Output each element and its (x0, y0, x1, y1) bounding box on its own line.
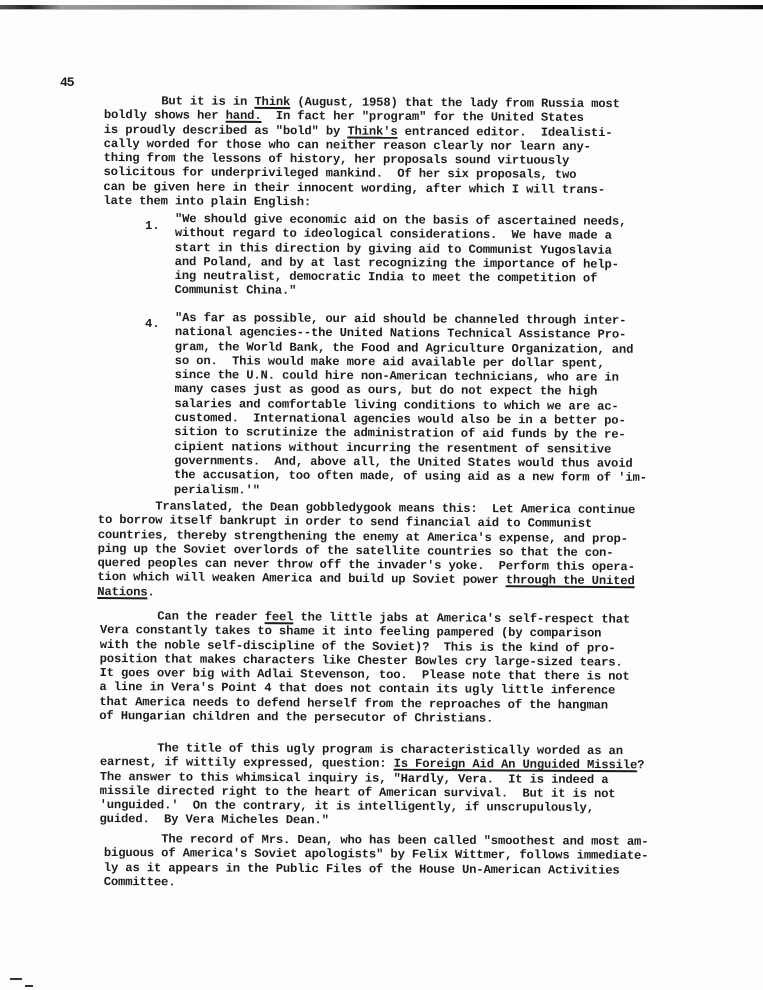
scan-mark (25, 985, 33, 987)
list-number-1: 1. (145, 219, 160, 233)
paragraph-translation: Translated, the Dean gobbledygook means … (97, 499, 635, 603)
text-line: guided. By Vera Micheles Dean." (99, 812, 644, 830)
underlined-emphasis: Is Foreign Aid An Unguided Missile (394, 757, 638, 772)
paragraph-record: The record of Mrs. Dean, who has been ca… (104, 832, 649, 892)
quoted-proposal-1: "We should give economic aid on the basi… (174, 212, 626, 301)
text-line: Committee. (104, 875, 649, 892)
scan-edge-line (0, 9, 763, 10)
text-line: ly as it appears in the Public Files of … (104, 861, 649, 878)
paragraph-program-title: The title of this ugly program is charac… (99, 741, 644, 830)
scan-mark (10, 978, 22, 980)
page-number: 45 (60, 75, 74, 90)
underlined-emphasis: Nations (97, 585, 147, 599)
paragraph-reader-question: Can the reader feel the little jabs at A… (99, 609, 630, 727)
underlined-emphasis: through the United (506, 574, 635, 589)
underlined-emphasis: Think's (347, 124, 397, 138)
quoted-proposal-4: "As far as possible, our aid should be c… (174, 311, 648, 500)
underlined-emphasis: Think (254, 95, 290, 109)
underlined-emphasis: feel (265, 610, 294, 624)
text-line: Communist China." (174, 283, 625, 300)
list-number-4: 4. (145, 317, 160, 331)
underlined-emphasis: hand. (226, 109, 262, 123)
text-line: perialism.'" (174, 483, 647, 500)
paragraph-intro: But it is in Think (August, 1958) that t… (103, 94, 620, 212)
